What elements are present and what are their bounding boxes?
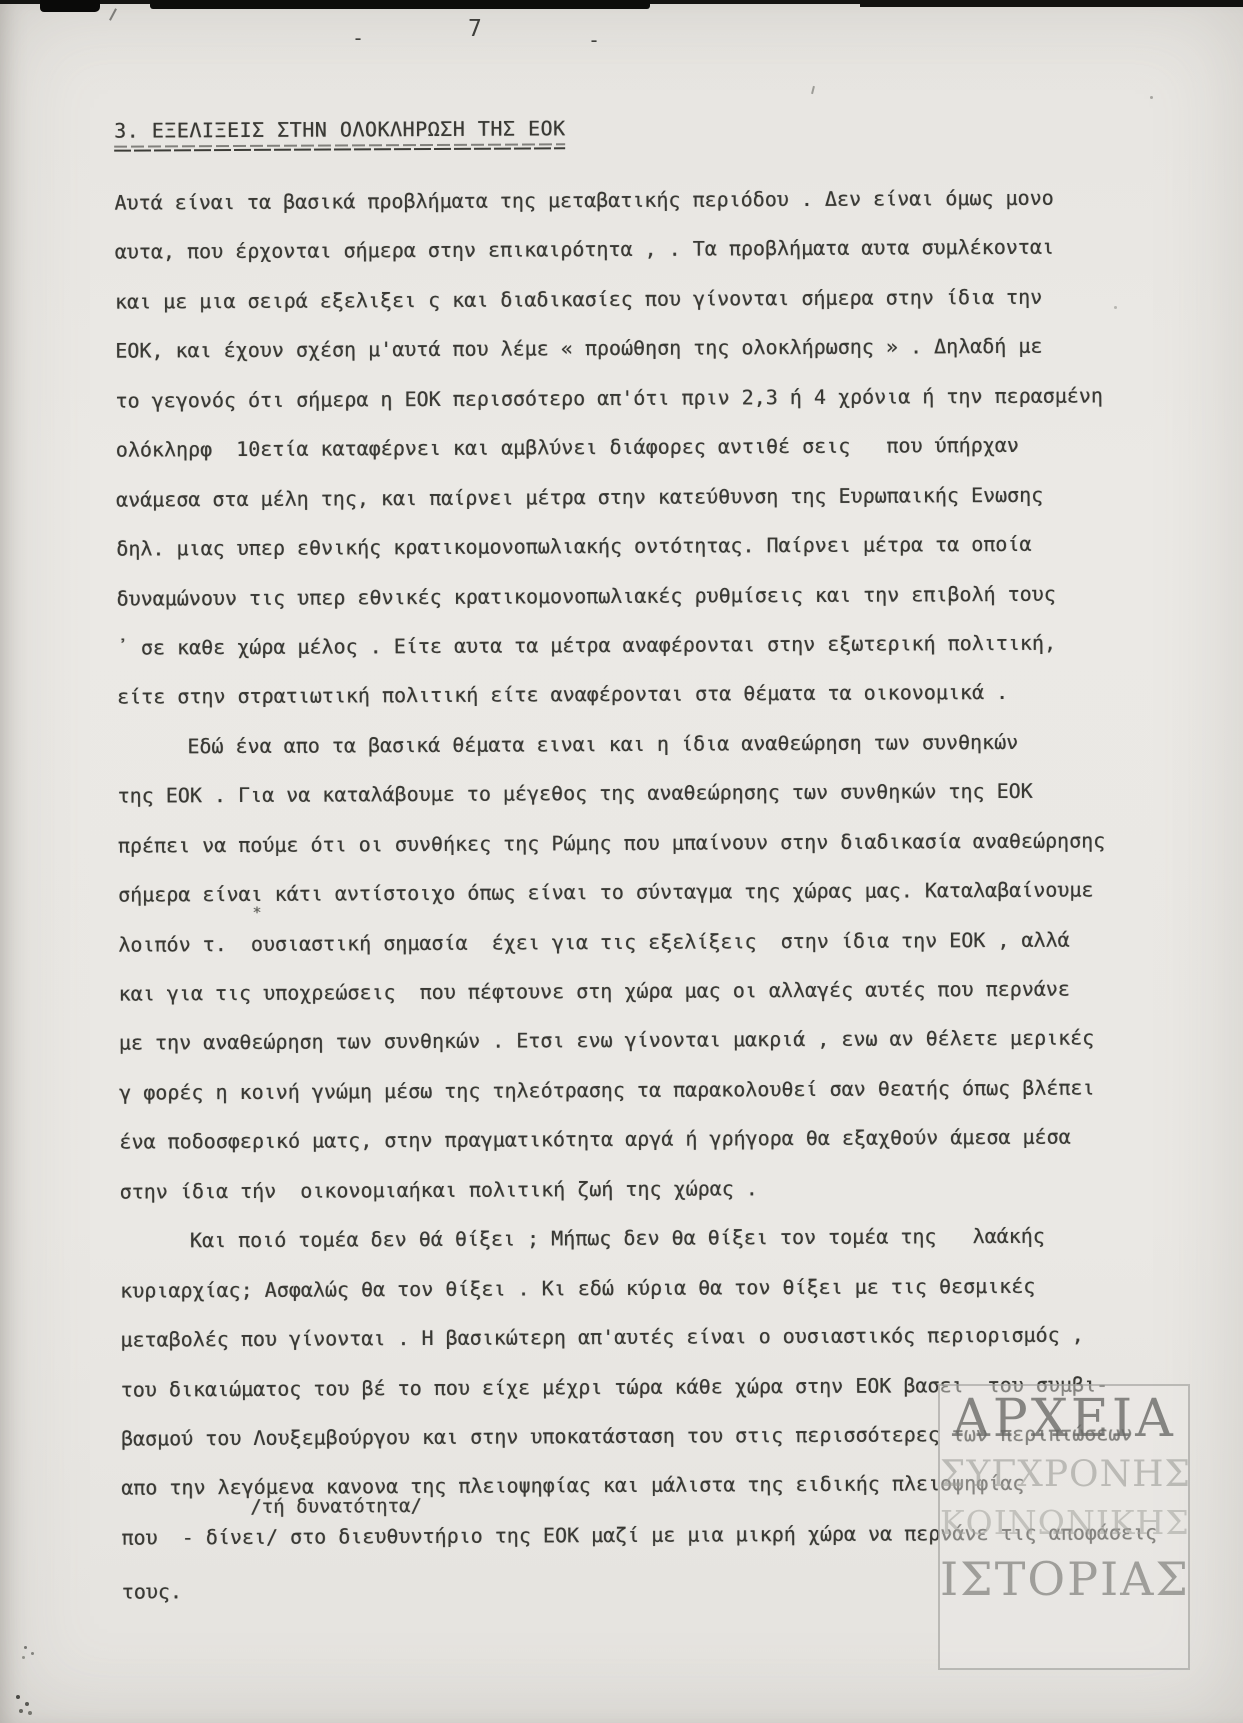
text-line: πρέπει να πούμε ότι οι συνθήκες της Ρώμη… xyxy=(118,816,1228,871)
text-line: Αυτά είναι τα βασικά προβλήματα της μετα… xyxy=(114,173,1224,228)
text-line: δυναμώνουν τις υπερ εθνικές κρατικομονοπ… xyxy=(116,568,1226,623)
text-line: το γεγονός ότι σήμερα η ΕΟΚ περισσότερο … xyxy=(115,371,1225,426)
section-heading: 3. ΕΞΕΛΙΞΕΙΣ ΣΤΗΝ ΟΛΟΚΛΗΡΩΣΗ ΤΗΣ ΕΟΚ xyxy=(114,116,566,151)
text-line: μεταβολές που γίνονται . Η βασικώτερη απ… xyxy=(120,1310,1230,1365)
text-line: στην ίδια τήν οικονομιαήκαι πολιτική ζωή… xyxy=(119,1162,1229,1217)
text-line: σήμερα είναι κάτι αντίστοιχο όπως είναι … xyxy=(118,865,1228,920)
text-line: και για τις υποχρεώσεις που πέφτουνε στη… xyxy=(118,964,1228,1019)
text-line: ᾿ σε καθε χώρα μέλος . Είτε αυτα τα μέτρ… xyxy=(117,618,1227,673)
text-line paragraph-start: Εδώ ένα απο τα βασικά θέματα ειναι και η… xyxy=(117,717,1227,772)
scanned-document-page: - 7 - 3. ΕΞΕΛΙΞΕΙΣ ΣΤΗΝ ΟΛΟΚΛΗΡΩΣΗ ΤΗΣ Ε… xyxy=(0,0,1243,1723)
text-line: και με μια σειρά εξελιξει ς και διαδικασ… xyxy=(115,272,1225,327)
text-line: γ φορές η κοινή γνώμη μέσω της τηλεότρασ… xyxy=(119,1063,1229,1118)
text-line: αυτα, που έρχονται σήμερα στην επικαιρότ… xyxy=(115,222,1225,277)
watermark-line: ΣΥΓΧΡΟΝΗΣ xyxy=(940,1450,1188,1499)
text-line: είτε στην στρατιωτική πολιτική είτε αναφ… xyxy=(117,667,1227,722)
text-line paragraph-start: Και ποιό τομέα δεν θά θίξει ; Μήπως δεν … xyxy=(120,1211,1230,1266)
typed-insertion-above-line: /τή δυνατότητα/ xyxy=(250,1495,422,1518)
text-line: ένα ποδοσφερικό ματς, στην πραγματικότητ… xyxy=(119,1112,1229,1167)
text-line: ολόκληρφ 10ετία καταφέρνει και αμβλύνει … xyxy=(116,420,1226,475)
watermark-line: ΑΡΧΕΙΑ xyxy=(940,1388,1188,1450)
archive-watermark-stamp: ΑΡΧΕΙΑ ΣΥΓΧΡΟΝΗΣ ΚΟΙΝΩΝΙΚΗΣ ΙΣΤΟΡΙΑΣ xyxy=(938,1384,1190,1670)
text-line: λοιπόν τ. ουσιαστική σημασία έχει για τι… xyxy=(118,914,1228,969)
text-line: της ΕΟΚ . Για να καταλάβουμε το μέγεθος … xyxy=(117,766,1227,821)
text-line: ΕΟΚ, και έχουν σχέση μ'αυτά που λέμε « π… xyxy=(115,321,1225,376)
text-line: ανάμεσα στα μέλη της, και παίρνει μέτρα … xyxy=(116,469,1226,524)
text-line: δηλ. μιας υπερ εθνικής κρατικομονοπωλιακ… xyxy=(116,519,1226,574)
text-line: με την αναθεώρηση των συνθηκών . Ετσι εν… xyxy=(119,1013,1229,1068)
correction-mark: ⁎ xyxy=(253,899,261,917)
text-line: κυριαρχίας; Ασφαλώς θα τον θίξει . Κι εδ… xyxy=(120,1260,1230,1315)
watermark-line: ΙΣΤΟΡΙΑΣ xyxy=(940,1546,1188,1612)
watermark-line: ΚΟΙΝΩΝΙΚΗΣ xyxy=(940,1499,1188,1546)
